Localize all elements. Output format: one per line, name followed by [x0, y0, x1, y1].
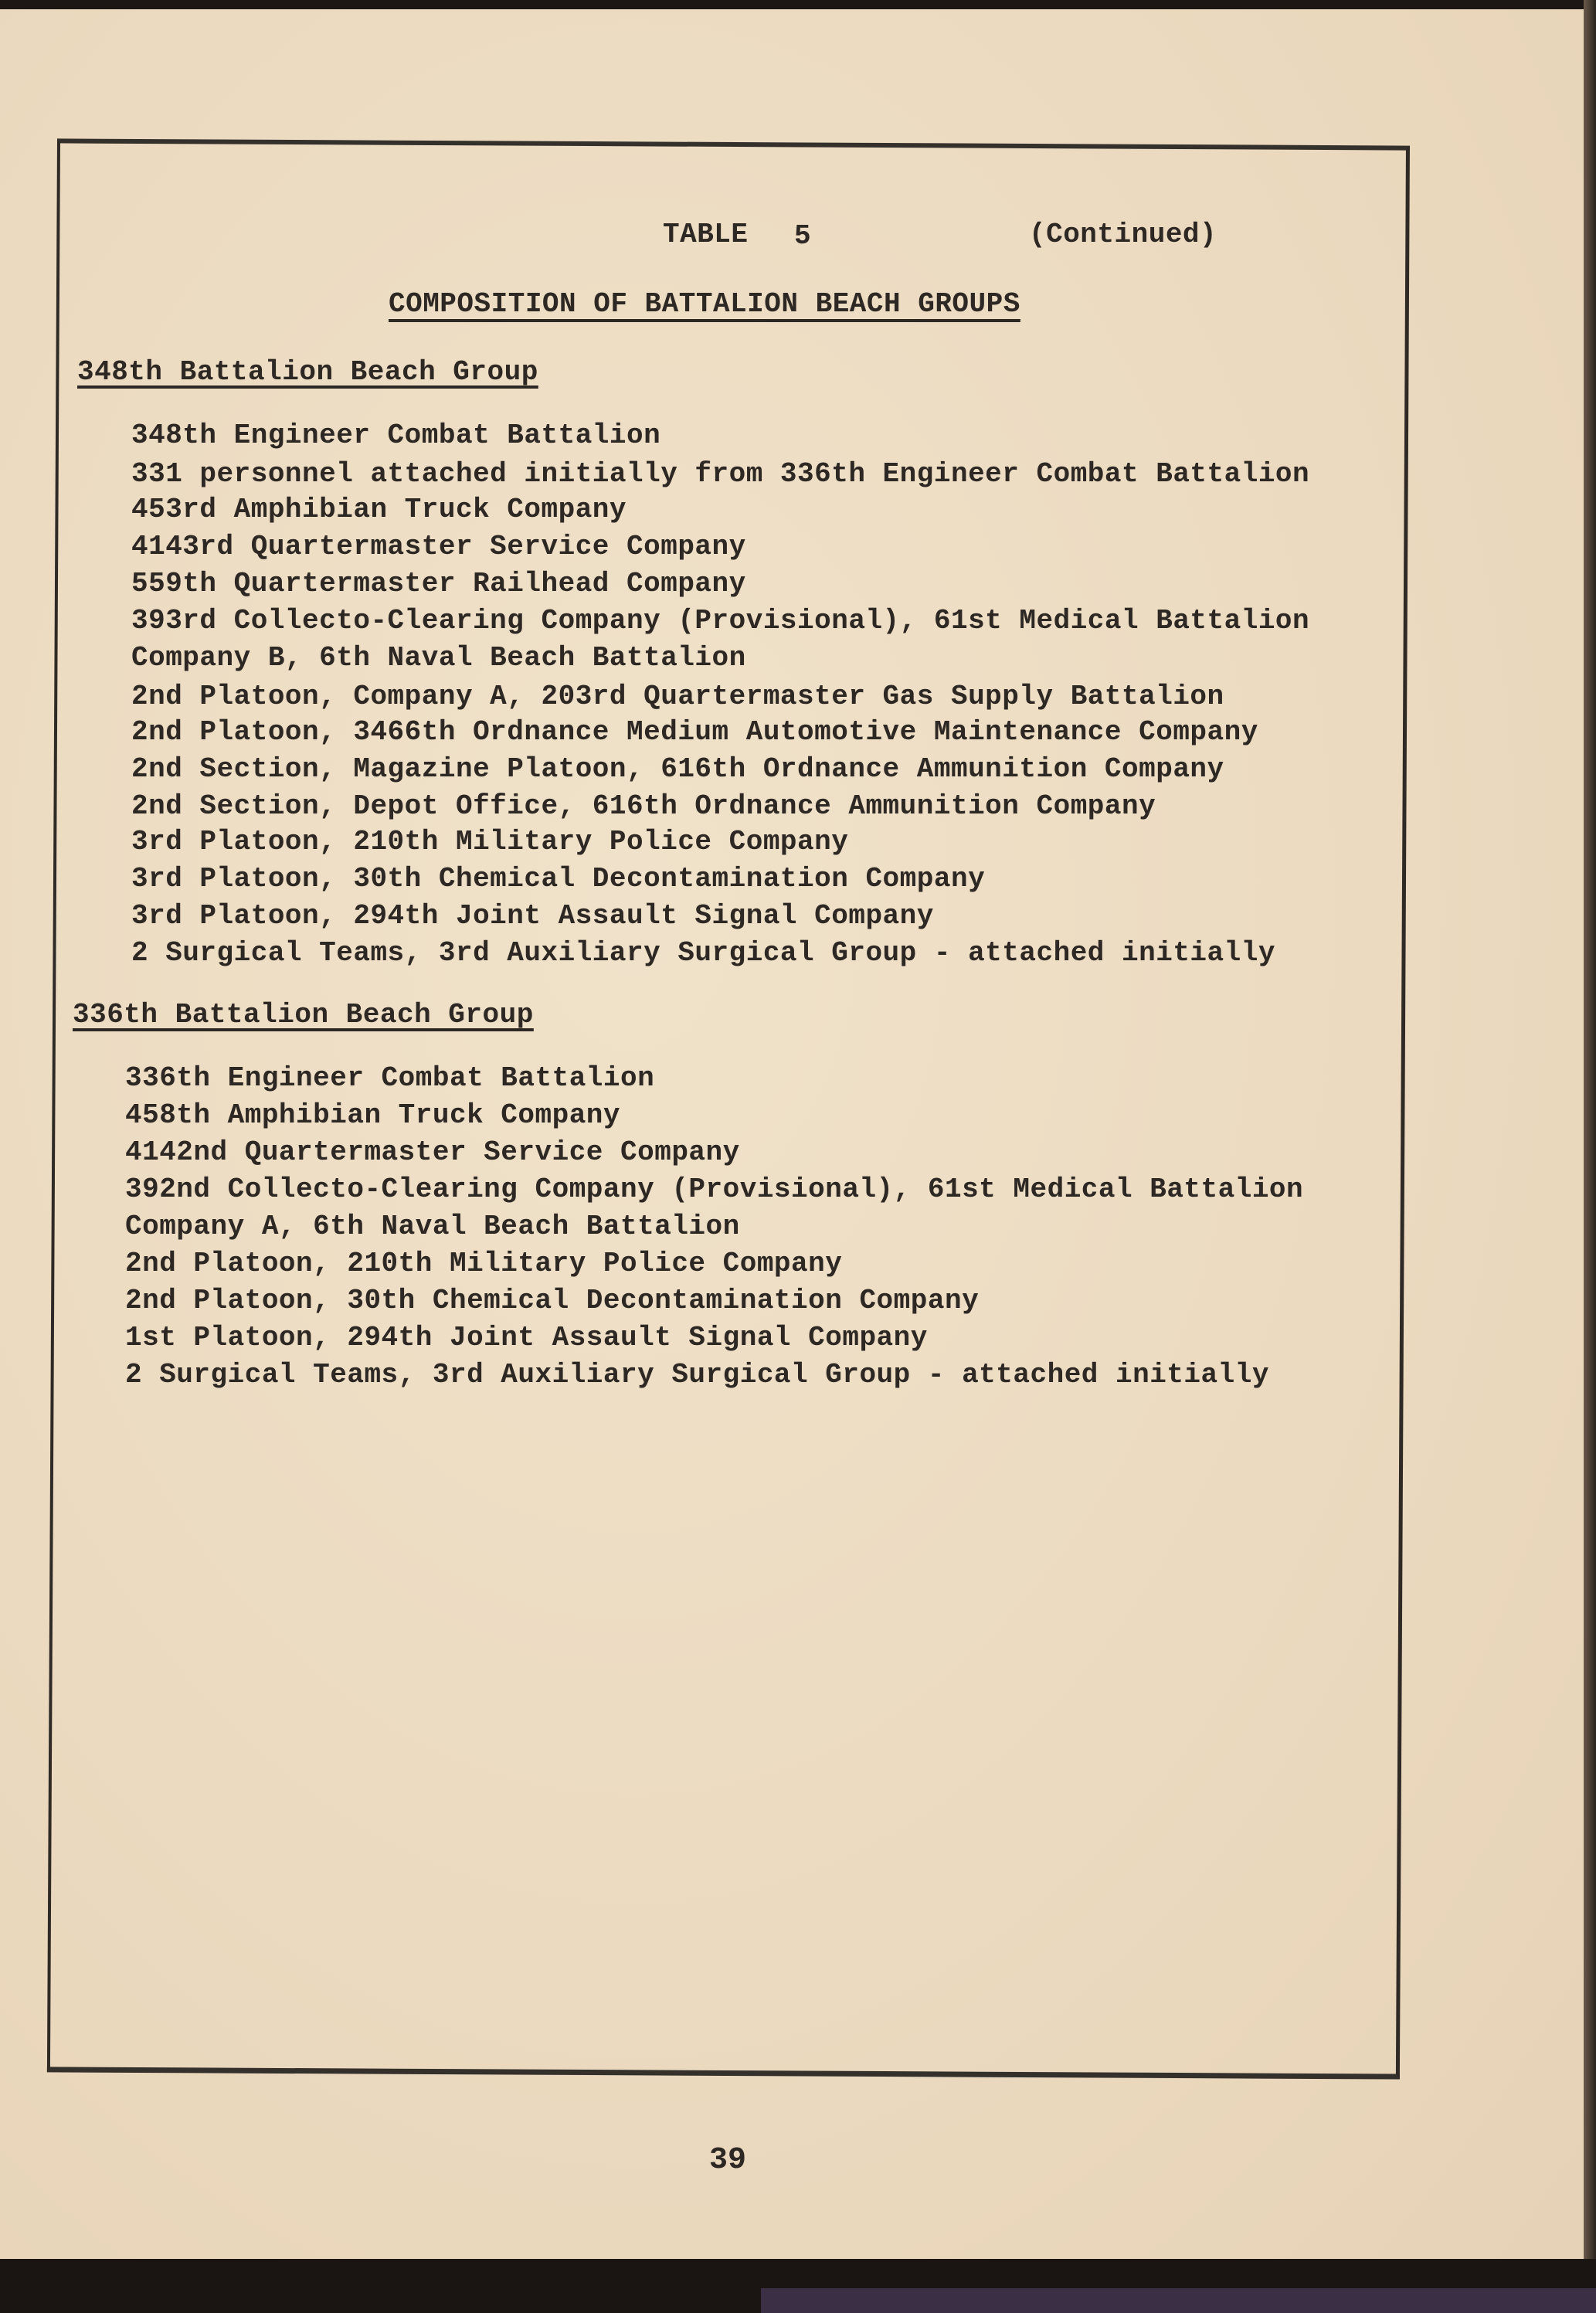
list-item: 559th Quartermaster Railhead Company — [131, 569, 746, 599]
group-title-348th: 348th Battalion Beach Group — [77, 357, 538, 388]
list-item: 2nd Platoon, Company A, 203rd Quartermas… — [131, 681, 1224, 712]
list-item: 393rd Collecto-Clearing Company (Provisi… — [131, 606, 1309, 637]
list-item: 4142nd Quartermaster Service Company — [125, 1137, 740, 1168]
list-item: 3rd Platoon, 210th Military Police Compa… — [131, 827, 848, 858]
scan-background — [0, 2259, 1596, 2313]
table-heading: COMPOSITION OF BATTALION BEACH GROUPS — [389, 289, 1020, 320]
list-item: 458th Amphibian Truck Company — [125, 1100, 620, 1131]
list-item: 1st Platoon, 294th Joint Assault Signal … — [125, 1323, 928, 1353]
list-item: Company B, 6th Naval Beach Battalion — [131, 643, 746, 674]
list-item: 2nd Section, Depot Office, 616th Ordnanc… — [131, 791, 1156, 822]
list-item: 392nd Collecto-Clearing Company (Provisi… — [125, 1174, 1303, 1205]
list-item: 2 Surgical Teams, 3rd Auxiliary Surgical… — [131, 938, 1275, 969]
document-page: TABLE 5 (Continued) COMPOSITION OF BATTA… — [0, 9, 1584, 2259]
list-item: 2nd Platoon, 210th Military Police Compa… — [125, 1248, 842, 1279]
list-item: 2nd Section, Magazine Platoon, 616th Ord… — [131, 754, 1224, 785]
scan-background-object — [761, 2288, 1596, 2313]
list-item: Company A, 6th Naval Beach Battalion — [125, 1211, 740, 1242]
list-item: 2 Surgical Teams, 3rd Auxiliary Surgical… — [125, 1360, 1269, 1391]
list-item: 3rd Platoon, 294th Joint Assault Signal … — [131, 901, 934, 932]
table-label: TABLE — [663, 219, 749, 250]
list-item: 453rd Amphibian Truck Company — [131, 494, 627, 525]
list-item: 2nd Platoon, 3466th Ordnance Medium Auto… — [131, 717, 1258, 748]
group-title-336th: 336th Battalion Beach Group — [73, 1000, 534, 1031]
page-number: 39 — [709, 2143, 746, 2178]
list-item: 4143rd Quartermaster Service Company — [131, 532, 746, 562]
list-item: 2nd Platoon, 30th Chemical Decontaminati… — [125, 1286, 979, 1316]
table-number: 5 — [794, 221, 811, 252]
list-item: 3rd Platoon, 30th Chemical Decontaminati… — [131, 864, 985, 895]
page-edge-shadow — [1584, 0, 1596, 2313]
continued-label: (Continued) — [1029, 219, 1217, 250]
list-item: 348th Engineer Combat Battalion — [131, 420, 660, 451]
list-item: 336th Engineer Combat Battalion — [125, 1063, 654, 1094]
list-item: 331 personnel attached initially from 33… — [131, 459, 1309, 490]
